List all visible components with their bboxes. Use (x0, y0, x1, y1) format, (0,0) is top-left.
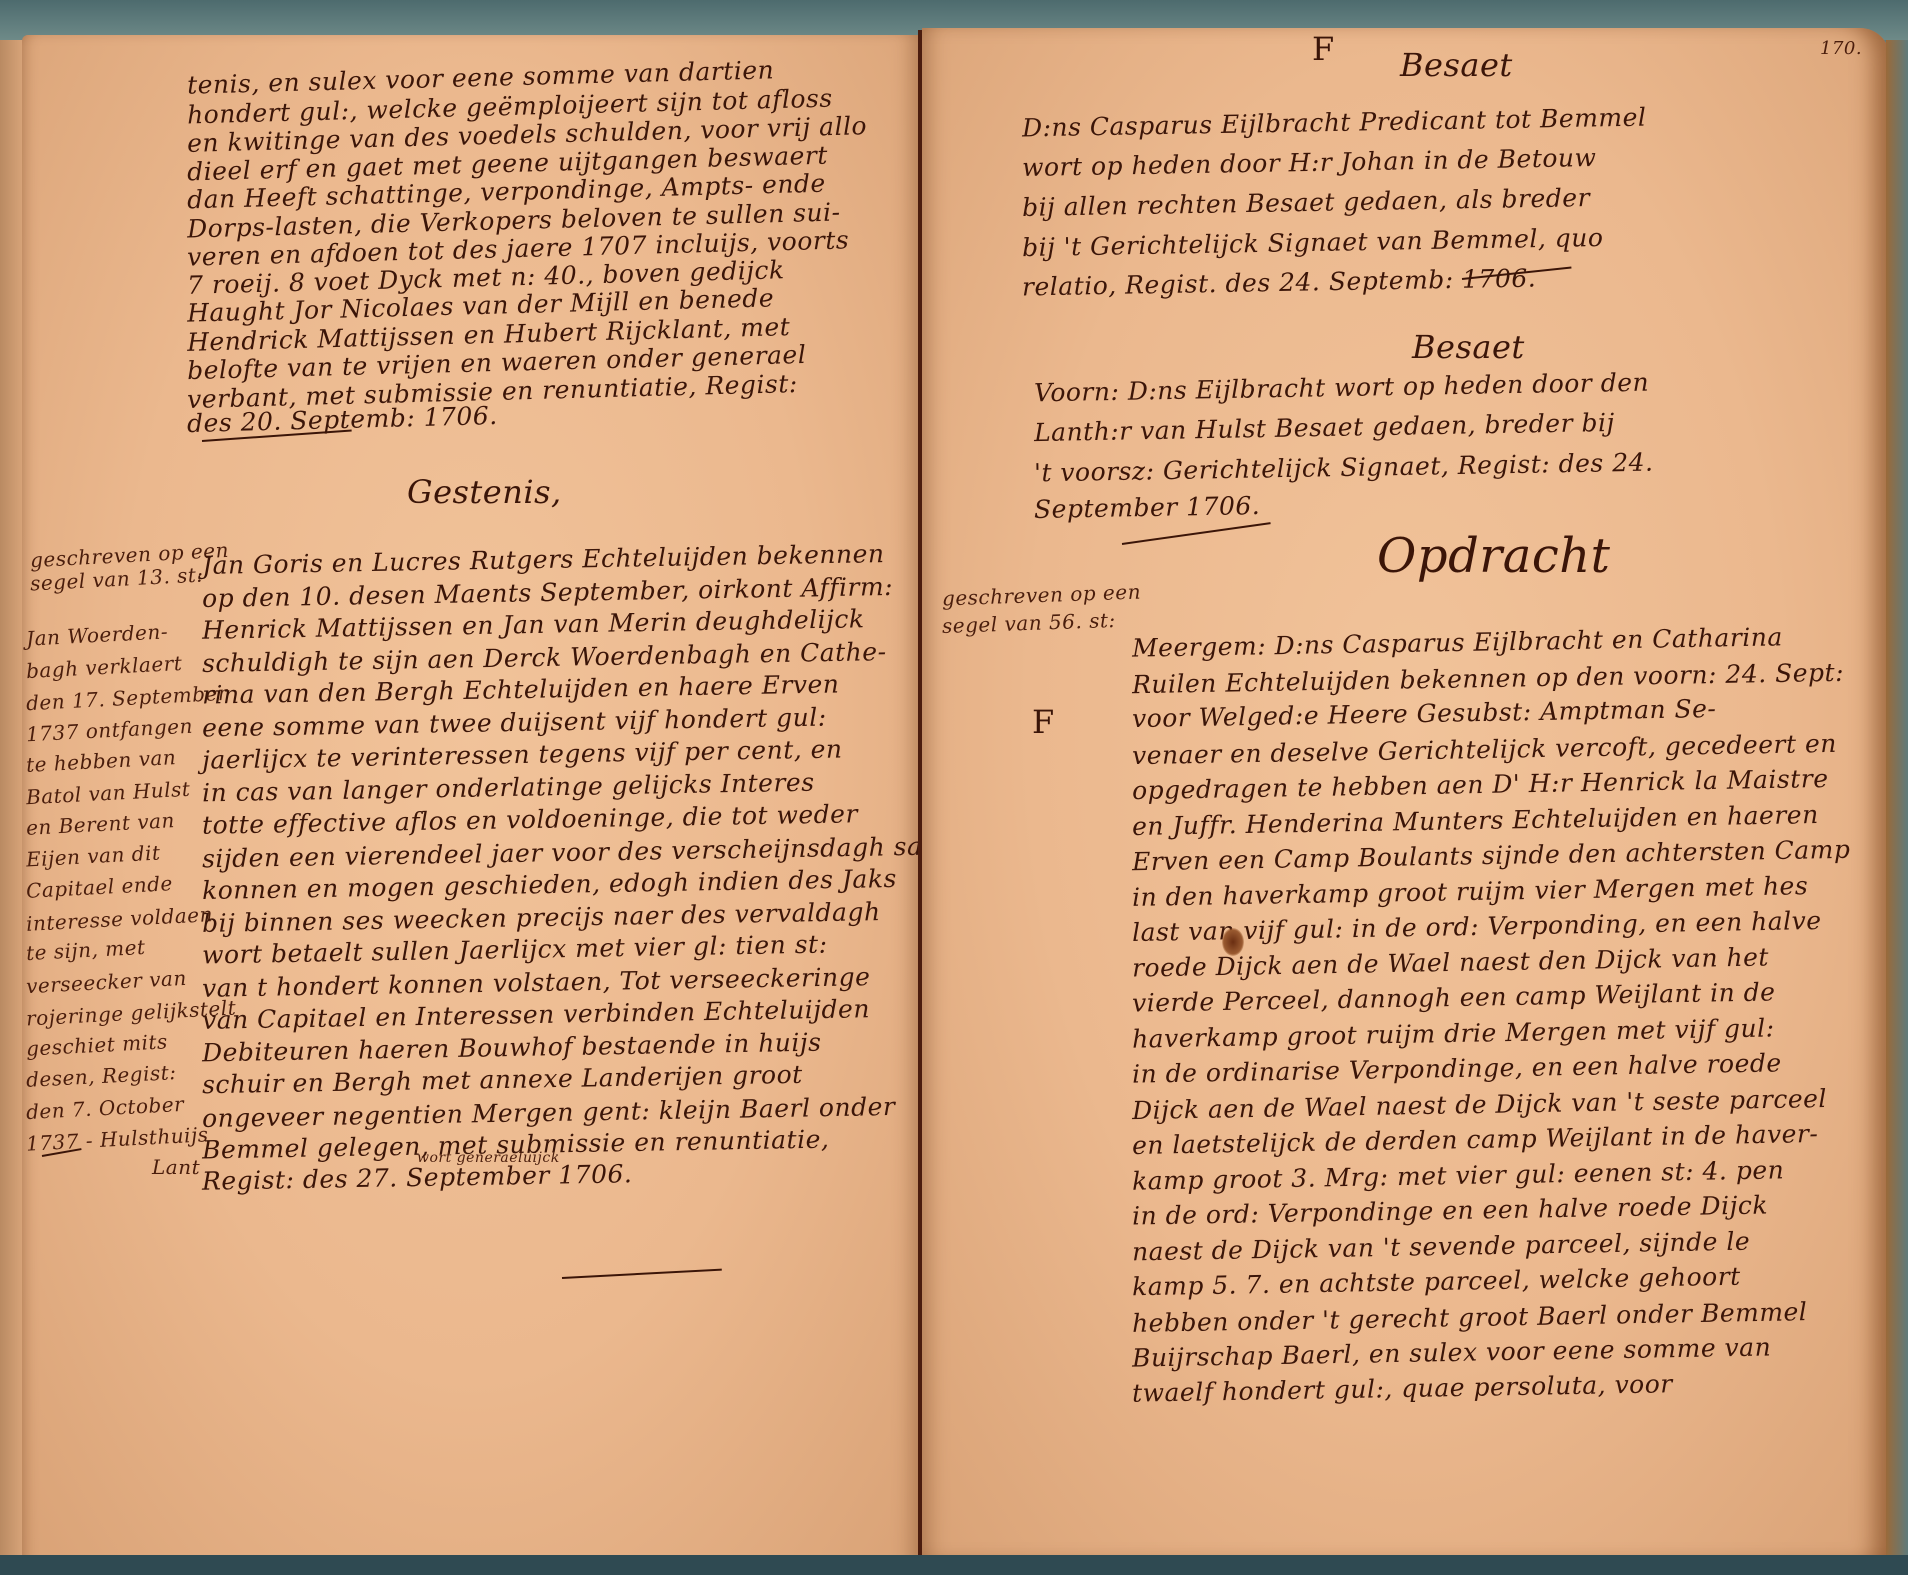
text-line: bij allen rechten Besaet gedaen, als bre… (1022, 183, 1590, 222)
right-page: 170. F Besaet D:ns Casparus Eijlbracht P… (922, 28, 1890, 1558)
text-line: segel van 56. st: (942, 608, 1116, 638)
text-line: hebben onder 't gerecht groot Baerl onde… (1132, 1297, 1808, 1338)
book-edge-left (0, 40, 24, 1560)
heading-gestenis: Gestenis, (407, 473, 562, 511)
margin-note-lant: Lant (152, 1155, 200, 1179)
text-line: haverkamp groot ruijm drie Mergen met vi… (1132, 1013, 1775, 1053)
text-line: desen, Regist: (25, 1060, 177, 1092)
text-line: Dijck aen de Wael naest de Dijck van 't … (1132, 1083, 1827, 1124)
text-line: interesse voldaen (26, 902, 214, 936)
text-line: en Juffr. Henderina Munters Echteluijden… (1132, 800, 1819, 841)
book-edge-right (1886, 40, 1908, 1570)
text-line: verseecker van (25, 965, 187, 997)
text-line: naest de Dijck van 't sevende parceel, s… (1132, 1226, 1751, 1266)
text-line: vierde Perceel, dannogh een camp Weijlan… (1132, 977, 1776, 1017)
heading-besaet-1: Besaet (1400, 46, 1513, 84)
ink-stain (1222, 928, 1244, 956)
text-line: twaelf hondert gul:, quae persoluta, voo… (1132, 1369, 1673, 1407)
text-line: venaer en deselve Gerichtelijck vercoft,… (1132, 728, 1837, 769)
text-line: Batol van Hulst (25, 776, 190, 809)
section-marker-top: F (1312, 30, 1335, 68)
text-line: Meergem: D:ns Casparus Eijlbracht en Cat… (1132, 622, 1783, 662)
left-page: tenis, en sulex voor eene somme van dart… (22, 35, 919, 1565)
text-line: en laetstelijck de derden camp Weijlant … (1132, 1119, 1819, 1160)
text-line: Erven een Camp Boulants sijnde den achte… (1132, 835, 1851, 877)
entry-separator-rule (1122, 522, 1271, 545)
text-line: in den haverkamp groot ruijm vier Mergen… (1132, 871, 1809, 912)
text-line: kamp 5. 7. en achtste parceel, welcke ge… (1132, 1262, 1741, 1302)
text-line: 't voorsz: Gerichtelijck Signaet, Regist… (1034, 448, 1654, 488)
text-line: te sijn, met (25, 935, 146, 965)
text-line: 1737 - Hulsthuijs (25, 1122, 209, 1156)
text-line: September 1706. (1034, 491, 1261, 524)
text-line: kamp groot 3. Mrg: met vier gul: eenen s… (1132, 1155, 1785, 1195)
interlinear-note: wort generaeluijck (417, 1150, 560, 1166)
text-line: 1737 ontfangen (25, 713, 193, 746)
text-line: den 17. September (26, 681, 229, 716)
text-line: Capitael ende (25, 871, 173, 903)
text-line: geschiet mits (25, 1029, 168, 1060)
text-line: bij 't Gerichtelijck Signaet van Bemmel,… (1022, 223, 1604, 262)
background-cloth-bottom (0, 1555, 1908, 1575)
text-line: bagh verklaert (25, 650, 182, 682)
text-line: voor Welged:e Heere Gesubst: Amptman Se- (1132, 694, 1717, 733)
heading-besaet-2: Besaet (1412, 328, 1525, 366)
text-line: opgedragen te hebben aen D' H:r Henrick … (1132, 764, 1829, 805)
text-line: Buijrschap Baerl, en sulex voor eene som… (1132, 1332, 1772, 1372)
text-line: Ruilen Echteluijden bekennen op den voor… (1132, 657, 1844, 698)
text-line: Lanth:r van Hulst Besaet gedaen, breder … (1034, 408, 1615, 447)
text-line: den 7. October (25, 1091, 184, 1123)
section-marker-mid: F (1032, 703, 1055, 741)
text-line: Eijen van dit (25, 840, 161, 871)
folio-number: 170. (1820, 38, 1862, 59)
text-line: te hebben van (25, 745, 176, 777)
text-line: wort op heden door H:r Johan in de Betou… (1022, 143, 1597, 182)
text-line: in de ordinarise Verpondinge, en een hal… (1132, 1048, 1782, 1088)
text-line: Voorn: D:ns Eijlbracht wort op heden doo… (1034, 368, 1650, 408)
text-line: in de ord: Verpondinge en een halve roed… (1132, 1190, 1768, 1230)
text-line: relatio, Regist. des 24. Septemb: 1706. (1022, 264, 1537, 302)
text-line: geschreven op een (942, 580, 1142, 611)
text-line: en Berent van (25, 808, 175, 840)
entry-end-rule (562, 1269, 722, 1279)
heading-opdracht: Opdracht (1377, 528, 1610, 584)
text-line: D:ns Casparus Eijlbracht Predicant tot B… (1022, 103, 1647, 143)
text-line: Jan Woerden- (25, 619, 168, 650)
